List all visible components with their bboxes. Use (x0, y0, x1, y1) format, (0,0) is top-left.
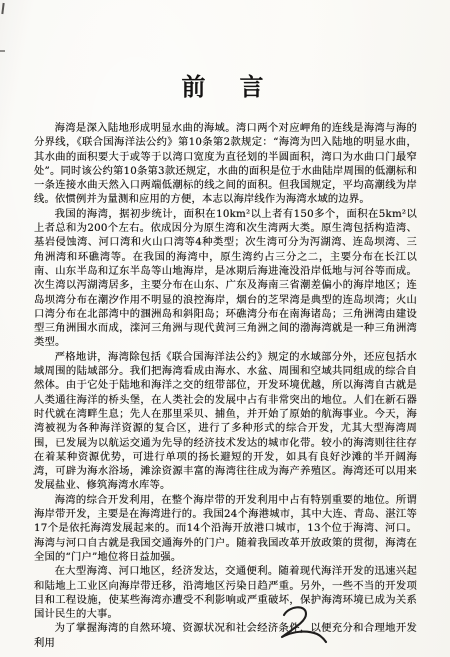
paragraph-bay-composition: 严格地讲，海湾除包括《联合国海洋法公约》规定的水域部分外，还应包括水域周围的陆域… (34, 350, 417, 493)
scan-artifact-mark (0, 50, 5, 52)
paragraph-purpose: 为了掌握海湾的自然环境、资源状况和社会经济条件，以便充分和合理地开发利用 (34, 621, 417, 650)
paragraph-bay-statistics: 我国的海湾，据初步统计，面积在10km²以上者有150多个，面积在5km²以上者… (34, 207, 417, 350)
page-title: 前 言 (0, 74, 450, 100)
scanned-document-page: 前 言 海湾是深入陆地形成明显水曲的海域。湾口两个对应岬角的连线是海湾与海的分界… (0, 0, 450, 657)
scan-artifact-mark (1, 3, 4, 14)
paragraph-bay-definition: 海湾是深入陆地形成明显水曲的海域。湾口两个对应岬角的连线是海湾与海的分界线，《联… (34, 121, 417, 207)
paragraph-bay-pollution: 在大型海湾、河口地区，经济发达，交通便利。随着现代海洋开发的迅速兴起和陆地上工业… (34, 564, 417, 621)
paragraph-bay-development: 海湾的综合开发利用，在整个海岸带的开发利用中占有特别重要的地位。所谓海岸带开发，… (34, 493, 417, 564)
handwritten-page-number (270, 604, 336, 650)
preface-body: 海湾是深入陆地形成明显水曲的海域。湾口两个对应岬角的连线是海湾与海的分界线，《联… (34, 121, 417, 650)
